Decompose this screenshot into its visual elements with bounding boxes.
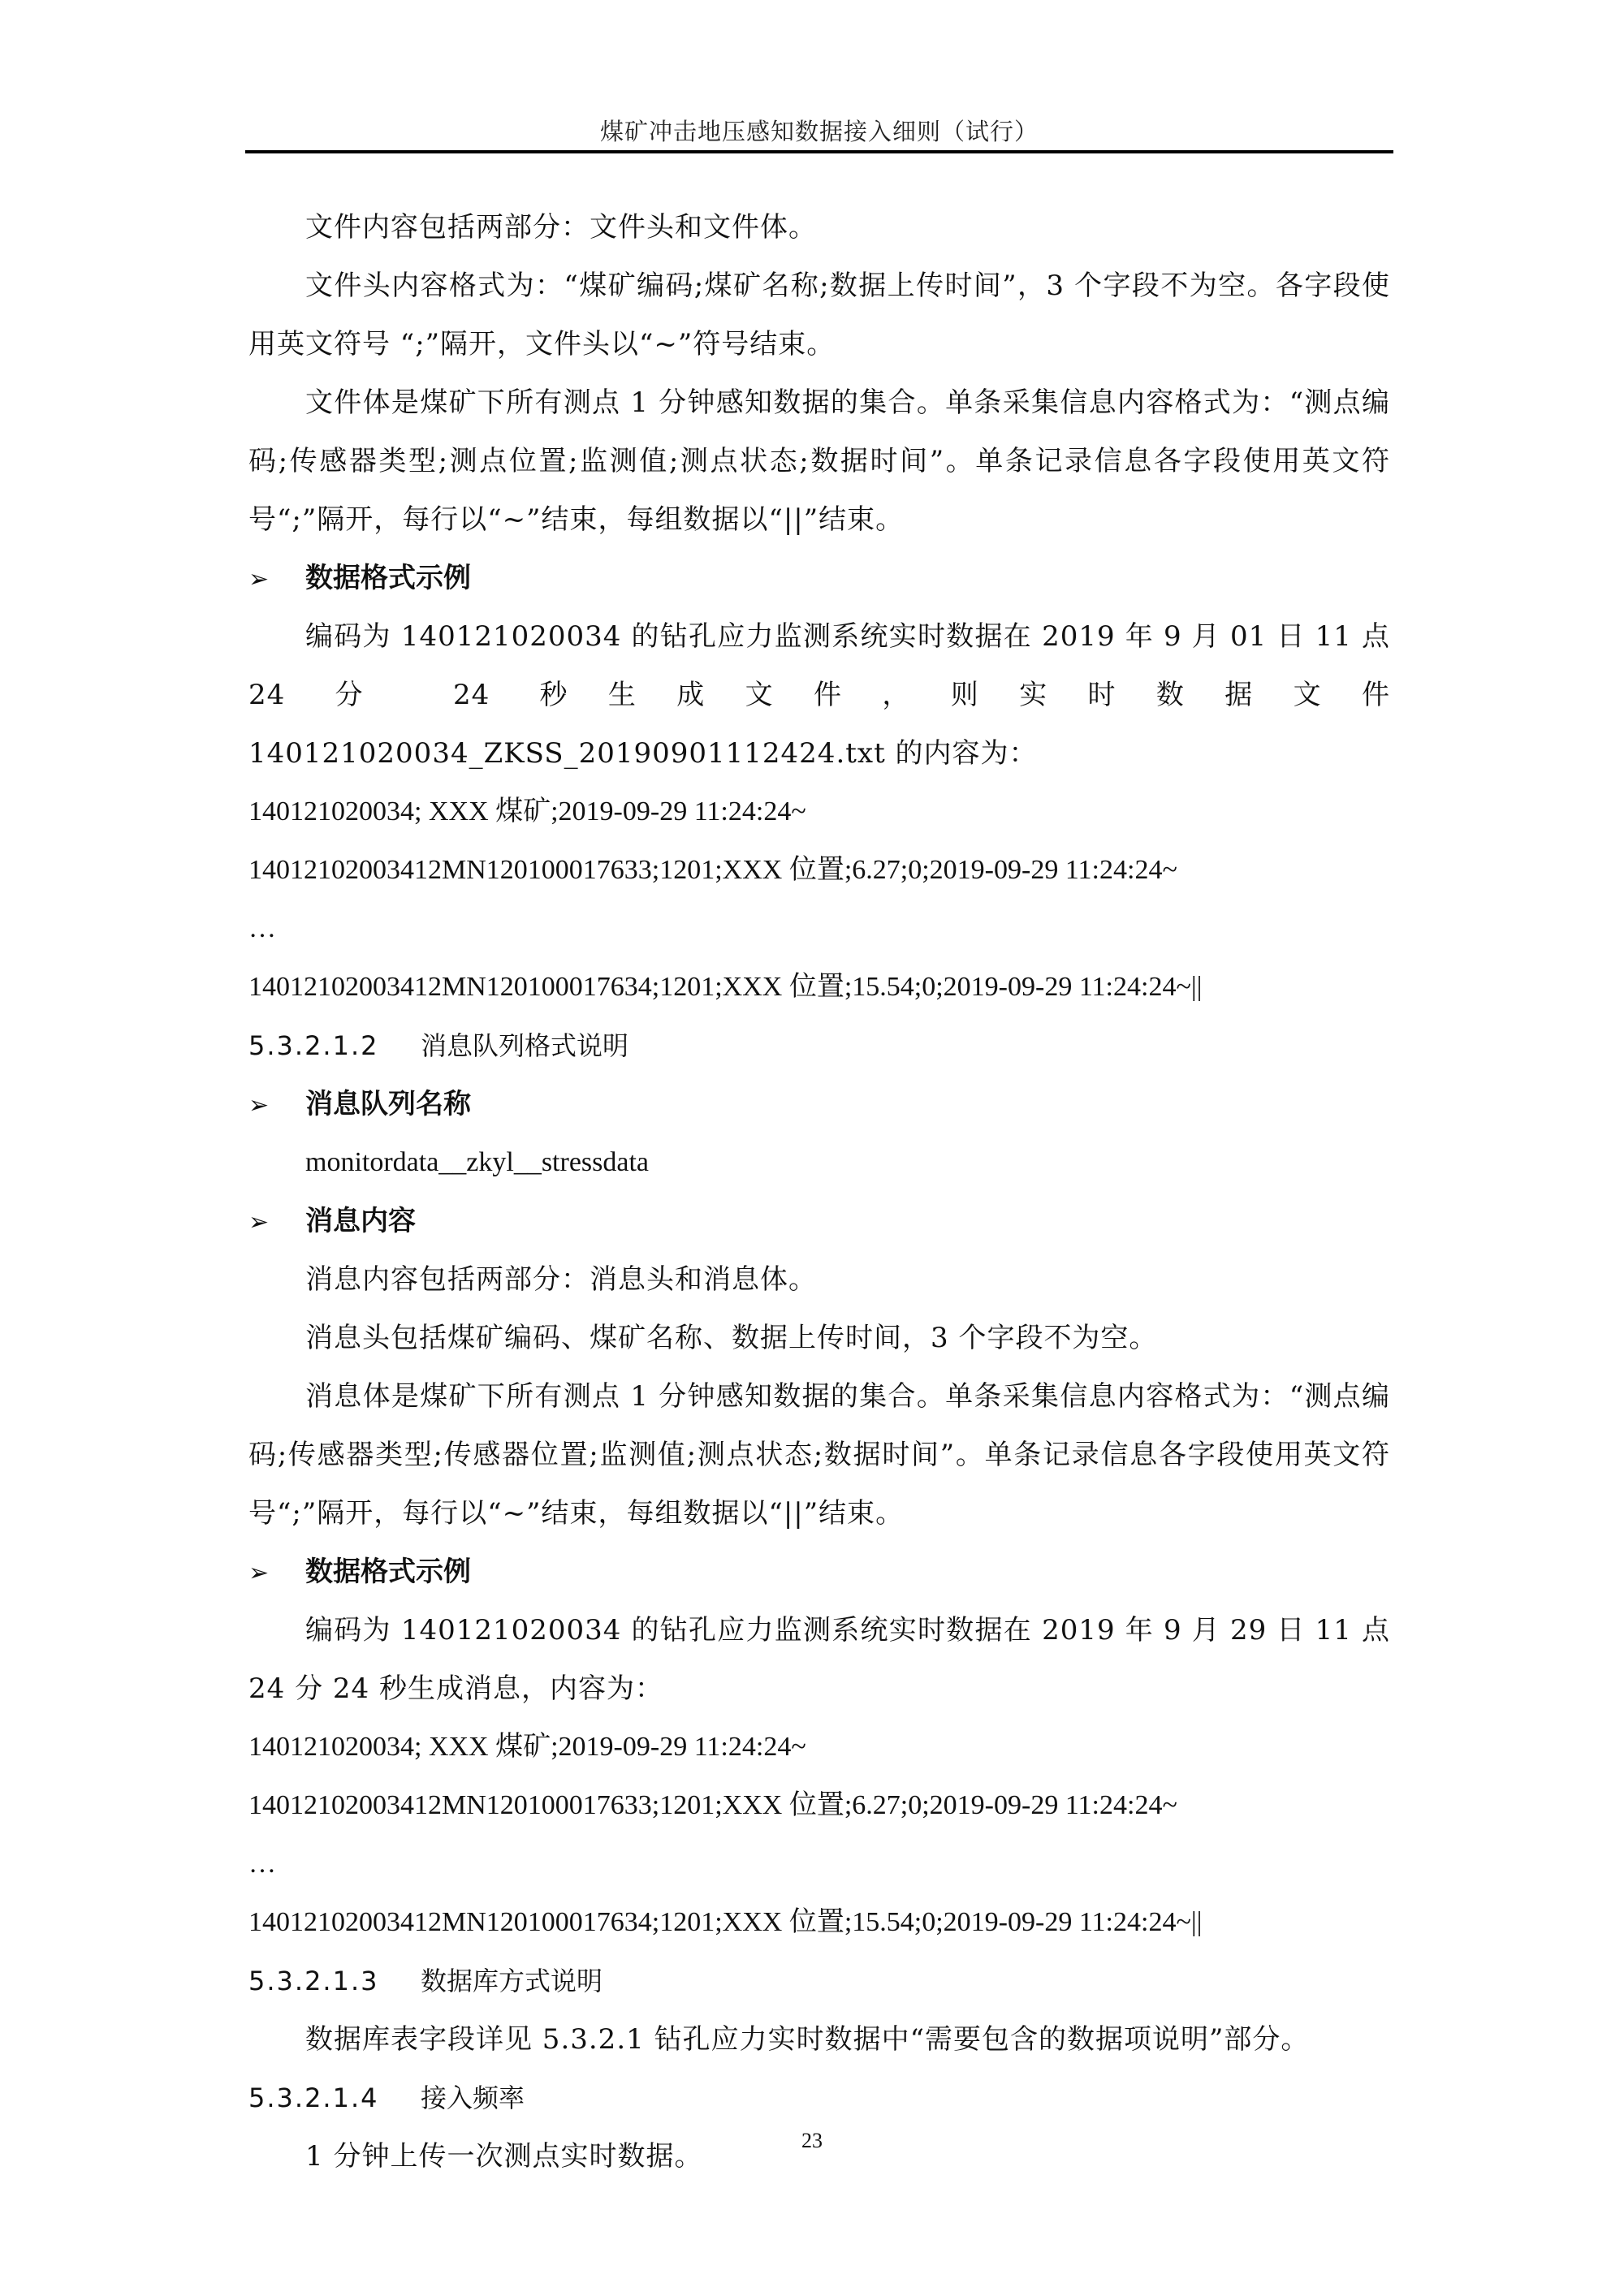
section-number: 5.3.2.1.4 [248,2069,421,2127]
paragraph-database-description: 数据库表字段详见 5.3.2.1 钻孔应力实时数据中“需要包含的数据项说明”部分… [248,2010,1390,2069]
paragraph-file-content: 文件内容包括两部分：文件头和文件体。 [248,198,1390,257]
arrow-bullet-icon: ➢ [248,1077,305,1135]
example-2-line: … [248,1835,1390,1893]
section-number: 5.3.2.1.3 [248,1952,421,2010]
queue-name-value: monitordata__zkyl__stressdata [248,1133,1390,1192]
section-heading-message-queue: 5.3.2.1.2消息队列格式说明 [248,1016,1390,1075]
bullet-data-format-example-2: ➢数据格式示例 [248,1543,1390,1601]
paragraph-example-1-description: 编码为 140121020034 的钻孔应力监测系统实时数据在 2019 年 9… [248,607,1390,783]
example-2-line: 140121020034; XXX 煤矿;2019-09-29 11:24:24… [248,1718,1390,1776]
paragraph-message-body: 消息体是煤矿下所有测点 1 分钟感知数据的集合。单条采集信息内容格式为：“测点编… [248,1367,1390,1543]
bullet-message-content: ➢消息内容 [248,1192,1390,1250]
arrow-bullet-icon: ➢ [248,1544,305,1603]
example-2-line: 14012102003412MN120100017633;1201;XXX 位置… [248,1776,1390,1835]
paragraph-message-parts: 消息内容包括两部分：消息头和消息体。 [248,1250,1390,1309]
example-1-line: 140121020034; XXX 煤矿;2019-09-29 11:24:24… [248,783,1390,841]
section-title: 接入频率 [421,2082,525,2113]
page-content: 文件内容包括两部分：文件头和文件体。 文件头内容格式为：“煤矿编码;煤矿名称;数… [248,198,1390,2186]
section-heading-database: 5.3.2.1.3数据库方式说明 [248,1952,1390,2010]
page-number: 23 [0,2129,1624,2153]
section-title: 消息队列格式说明 [421,1030,628,1061]
example-1-line: … [248,900,1390,958]
header-rule [245,150,1393,153]
bullet-queue-name: ➢消息队列名称 [248,1075,1390,1133]
section-heading-frequency: 5.3.2.1.4接入频率 [248,2069,1390,2127]
example-2-line: 14012102003412MN120100017634;1201;XXX 位置… [248,1893,1390,1952]
example-1-line: 14012102003412MN120100017633;1201;XXX 位置… [248,841,1390,900]
arrow-bullet-icon: ➢ [248,550,305,609]
section-title: 数据库方式说明 [421,1966,603,1996]
paragraph-file-body: 文件体是煤矿下所有测点 1 分钟感知数据的集合。单条采集信息内容格式为：“测点编… [248,373,1390,549]
paragraph-message-header: 消息头包括煤矿编码、煤矿名称、数据上传时间，3 个字段不为空。 [248,1309,1390,1367]
arrow-bullet-icon: ➢ [248,1193,305,1252]
section-number: 5.3.2.1.2 [248,1016,421,1075]
paragraph-example-2-description: 编码为 140121020034 的钻孔应力监测系统实时数据在 2019 年 9… [248,1601,1390,1718]
bullet-data-format-example-1: ➢数据格式示例 [248,549,1390,607]
paragraph-file-header: 文件头内容格式为：“煤矿编码;煤矿名称;数据上传时间”，3 个字段不为空。各字段… [248,257,1390,373]
example-1-line: 14012102003412MN120100017634;1201;XXX 位置… [248,958,1390,1016]
running-header-title: 煤矿冲击地压感知数据接入细则（试行） [244,114,1395,147]
